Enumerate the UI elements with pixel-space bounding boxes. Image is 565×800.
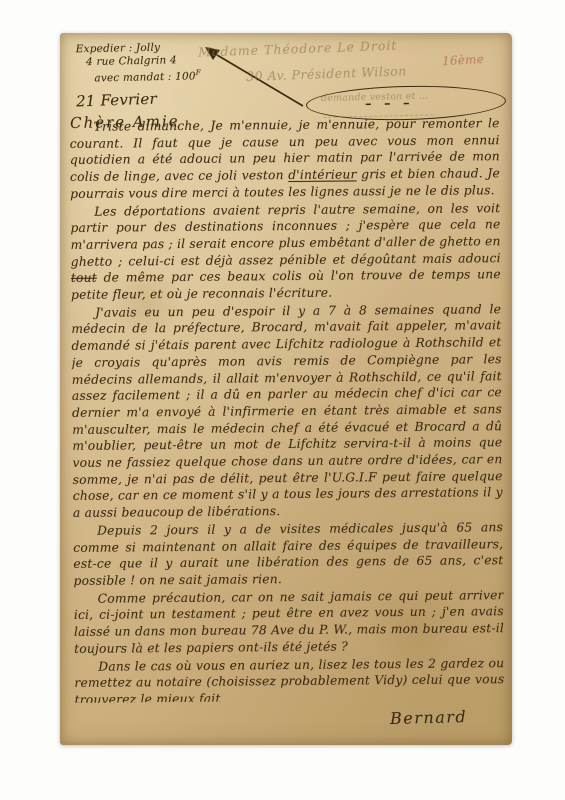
pencil-arrondissement: 16ème [442, 52, 485, 68]
sender-mandat-line: avec mandat : 100F [94, 67, 201, 86]
letter-paragraph: J'avais eu un peu d'espoir il y a 7 à 8 … [71, 301, 503, 522]
mandat-currency-sup: F [196, 69, 201, 77]
letter-paragraph: Dans le cas où vous en auriez un, lisez … [74, 655, 504, 703]
circled-note-dashes: – – – [365, 96, 414, 112]
screenshot-stage: Expedier : Jolly 4 rue Chalgrin 4 avec m… [0, 0, 565, 800]
letter-paragraph: Triste dimanche, Je m'ennuie, je m'ennui… [69, 115, 500, 202]
letter-body: Triste dimanche, Je m'ennuie, je m'ennui… [69, 115, 504, 703]
signature: Bernard [390, 707, 468, 728]
scanned-letter-page: Expedier : Jolly 4 rue Chalgrin 4 avec m… [60, 33, 512, 745]
sender-note: Expedier : Jolly 4 rue Chalgrin 4 avec m… [76, 41, 201, 86]
letter-paragraph: Les déportations avaient repris l'autre … [70, 200, 501, 304]
date-line: 21 Fevrier [76, 90, 157, 111]
pencil-recipient-name: Madame Théodore Le Droit [198, 38, 398, 60]
letter-paragraph: Depuis 2 jours il y a de visites médical… [73, 519, 504, 590]
pencil-recipient-address: 30 Av. Président Wilson [246, 63, 407, 84]
letter-paragraph: Comme précaution, car on ne sait jamais … [74, 587, 505, 658]
mandat-text: avec mandat : 100 [94, 70, 196, 84]
